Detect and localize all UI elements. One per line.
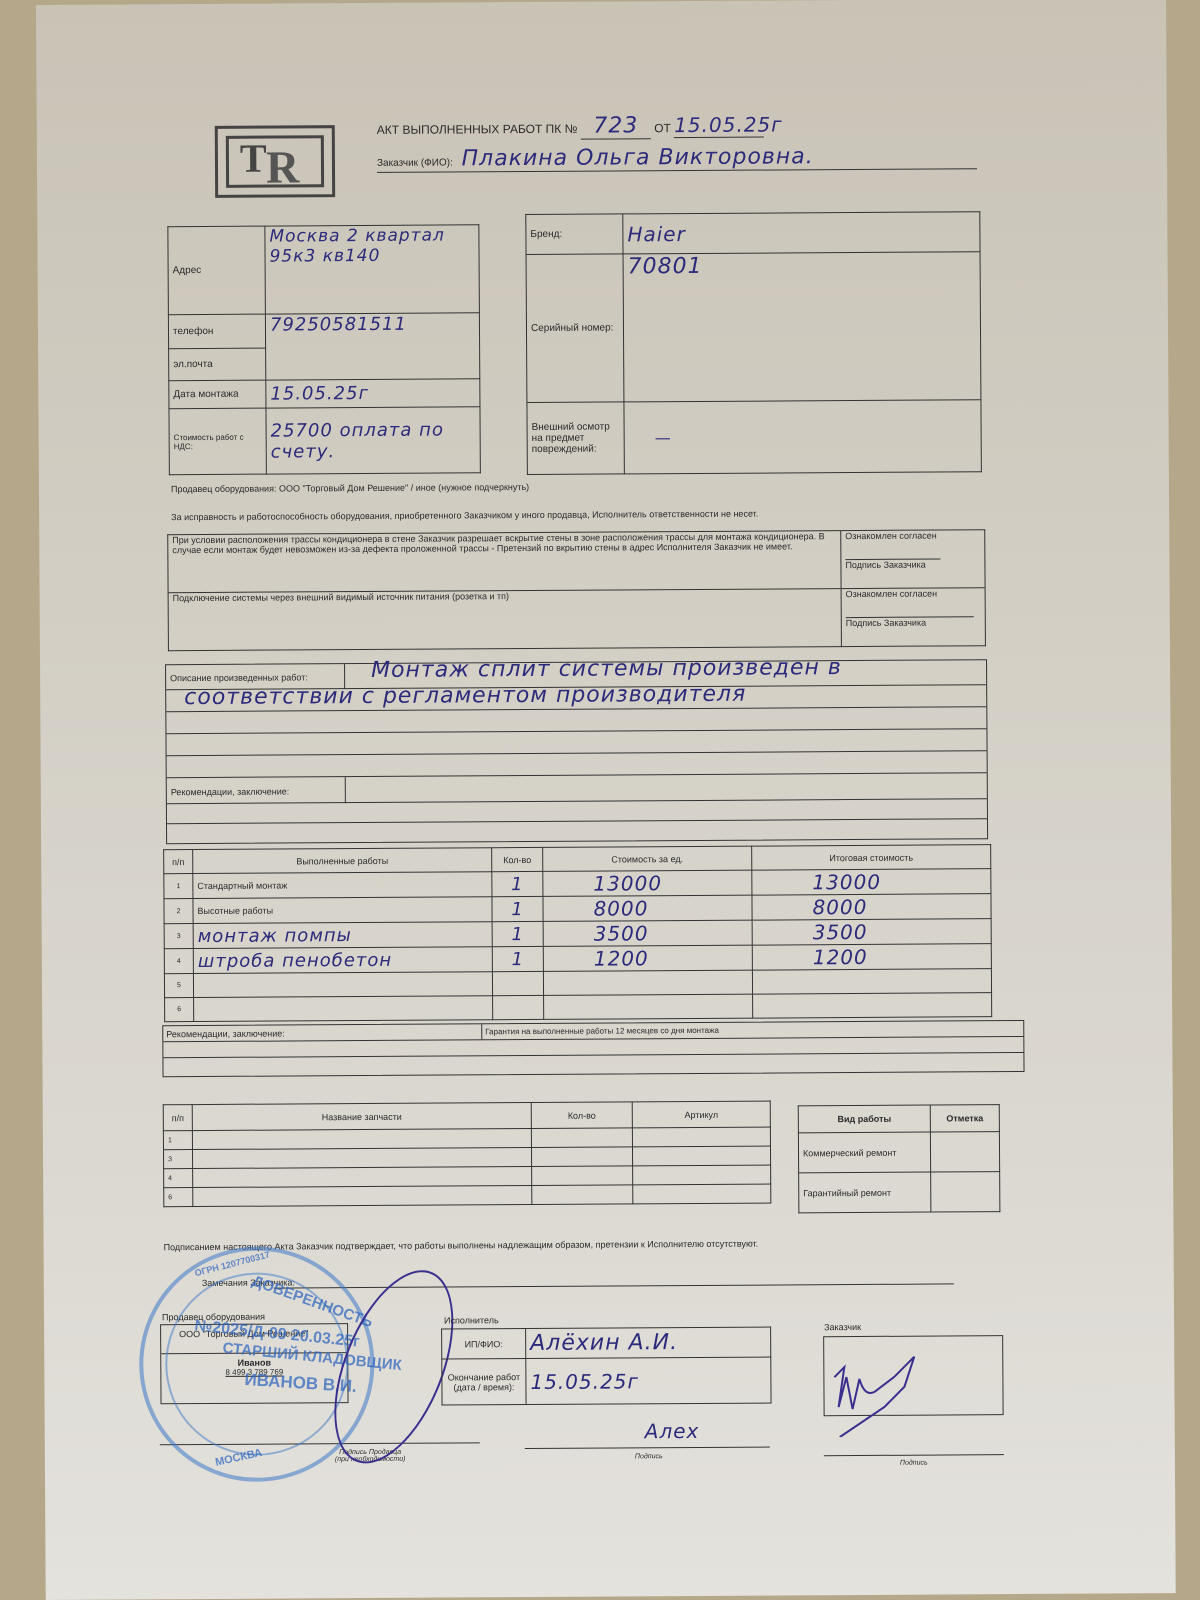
- phone-value: 79250581511: [265, 313, 479, 380]
- warranty-repair-mark[interactable]: [931, 1172, 1000, 1212]
- brand-value: Haier: [623, 212, 980, 254]
- work-qty: [493, 995, 544, 1019]
- liability-note: За исправность и работоспособность обору…: [171, 509, 758, 523]
- conditions-table: При условии расположения трассы кондицио…: [167, 529, 986, 651]
- equipment-table: Бренд:Haier Серийный номер:70801 Внешний…: [525, 211, 982, 475]
- work-name: Высотные работы: [193, 897, 492, 924]
- work-total: 8000: [752, 894, 991, 920]
- parts-table: п/п Название запчасти Кол-во Артикул 1 3…: [163, 1101, 772, 1208]
- customer-signature: [824, 1336, 1005, 1437]
- works-table: п/п Выполненные работы Кол-во Стоимость …: [163, 844, 992, 1022]
- act-date: 15.05.25г: [674, 113, 764, 139]
- act-number: 723: [581, 113, 651, 139]
- seller-note: Продавец оборудования: ООО "Торговый Дом…: [171, 482, 529, 494]
- work-unit-price: 8000: [543, 895, 752, 921]
- work-total: 1200: [752, 944, 991, 970]
- customer-signature-line[interactable]: [824, 1454, 1004, 1456]
- description-line-1: Монтаж сплит системы произведен в: [371, 655, 842, 683]
- work-total: [753, 993, 992, 1018]
- executor-signature-line[interactable]: [525, 1447, 770, 1449]
- work-unit-price: [543, 970, 752, 995]
- work-name: Стандартный монтаж: [193, 872, 492, 899]
- install-date-value: 15.05.25г: [266, 379, 480, 408]
- executor-name: Алёхин А.И.: [526, 1327, 771, 1358]
- document-page: T R АКТ ВЫПОЛНЕННЫХ РАБОТ ПК № 723 ОТ 15…: [36, 0, 1176, 1600]
- company-logo: T R: [215, 125, 335, 198]
- executor-table: ИП/ФИО:Алёхин А.И. Окончание работ (дата…: [441, 1327, 771, 1406]
- cost-value: 25700 оплата по счету.: [266, 407, 480, 474]
- work-qty: [492, 971, 543, 995]
- row-number: 4: [164, 949, 193, 974]
- work-qty: 1: [492, 946, 543, 971]
- act-title: АКТ ВЫПОЛНЕННЫХ РАБОТ ПК № 723 ОТ 15.05.…: [377, 113, 765, 141]
- customer-info-table: АдресМосква 2 квартал 95к3 кв140 телефон…: [167, 224, 481, 475]
- address-value: Москва 2 квартал 95к3 кв140: [265, 225, 480, 314]
- work-unit-price: [544, 994, 753, 1019]
- warranty-text: Гарантия на выполненные работы 12 месяце…: [485, 1026, 719, 1036]
- work-qty: 1: [492, 896, 543, 921]
- row-number: 3: [164, 924, 193, 949]
- work-total: 13000: [752, 869, 991, 895]
- work-name: [193, 972, 492, 998]
- work-qty: 1: [492, 921, 543, 946]
- customer-name: Плакина Ольга Викторовна.: [462, 144, 814, 171]
- row-number: 1: [164, 874, 193, 899]
- work-qty: 1: [492, 871, 543, 896]
- work-unit-price: 1200: [543, 945, 752, 971]
- work-total: [752, 969, 991, 994]
- row-number: 5: [164, 974, 193, 998]
- customer-name-row: Заказчик (ФИО): Плакина Ольга Викторовна…: [377, 143, 977, 173]
- table-row: 6: [165, 993, 992, 1022]
- work-total: 3500: [752, 919, 991, 945]
- work-unit-price: 13000: [543, 870, 752, 896]
- commercial-repair-mark[interactable]: [930, 1132, 999, 1172]
- executor-signature: Алех: [645, 1419, 700, 1443]
- remarks-line[interactable]: [274, 1283, 954, 1288]
- finish-date: 15.05.25г: [526, 1357, 771, 1404]
- serial-value: 70801: [623, 252, 981, 402]
- works-recommendations: Рекомендации, заключение: Гарантия на вы…: [162, 1020, 1024, 1077]
- customer-signature-box[interactable]: [823, 1335, 1003, 1416]
- table-row: 6: [164, 1184, 771, 1207]
- work-unit-price: 3500: [543, 920, 752, 946]
- inspection-value: —: [624, 400, 981, 474]
- work-name: монтаж помпы: [193, 922, 492, 949]
- description-block: Описание произведенных работ: Монтаж спл…: [165, 659, 988, 844]
- work-type-table: Вид работыОтметка Коммерческий ремонт Га…: [798, 1104, 1001, 1213]
- work-name: [194, 996, 493, 1022]
- work-name: штроба пенобетон: [193, 947, 492, 974]
- row-number: 6: [165, 998, 194, 1022]
- description-line-2: соответствии с регламентом производителя: [184, 682, 746, 710]
- row-number: 2: [164, 899, 193, 924]
